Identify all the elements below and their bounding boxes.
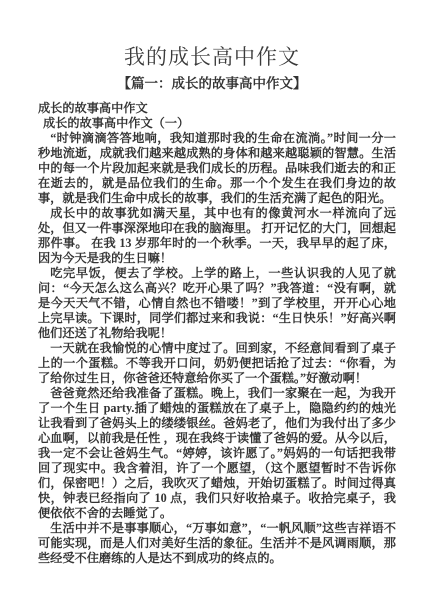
essay-paragraph: 吃完早饭，便去了学校。上学的路上，一些认识我的人见了就问：“今天怎么这么高兴？吃… [38,266,396,341]
essay-paragraph: 爸爸竟然还给我准备了蛋糕。晚上，我们一家聚在一起，为我开了一个生日 party.… [38,386,396,521]
essay-body: 成长的故事高中作文 成长的故事高中作文（一） “时钟滴滴答答地响，我知道那时我的… [38,101,396,566]
page-title: 我的成长高中作文 [0,44,424,70]
essay-paragraph: “时钟滴滴答答地响，我知道那时我的生命在流淌。”时间一分一秒地流逝，成就我们越来… [38,131,396,206]
page-subtitle: 【篇一：成长的故事高中作文】 [0,75,424,92]
essay-paragraph: 生活中并不是事事顺心，“万事如意”，“一帆风顺”这些吉祥语不可能实现，而是人们对… [38,521,396,566]
essay-paragraph: 一天就在我愉悦的心情中度过了。回到家，不经意间看到了桌子上的一个蛋糕。不等我开口… [38,341,396,386]
document-page: 我的成长高中作文 【篇一：成长的故事高中作文】 成长的故事高中作文 成长的故事高… [0,0,424,600]
paragraph-list: “时钟滴滴答答地响，我知道那时我的生命在流淌。”时间一分一秒地流逝，成就我们越来… [38,131,396,566]
section-heading: 成长的故事高中作文 [38,101,396,116]
essay-paragraph: 成长中的故事犹如满天星，其中也有的像黄河水一样流向了远处，但又一件事深深地印在我… [38,206,396,266]
section-subheading: 成长的故事高中作文（一） [38,116,396,131]
